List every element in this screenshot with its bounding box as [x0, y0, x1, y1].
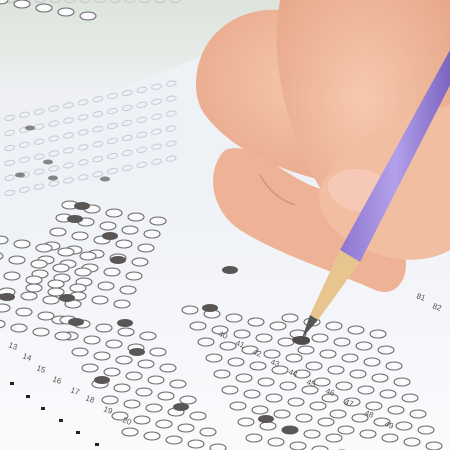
answer-sheet-photo: 13 14 15 16 17 18 19 20 40 41 42 43 44 4…: [0, 0, 450, 450]
pencil-mark: [292, 336, 310, 344]
photo-illustration: 13 14 15 16 17 18 19 20 40 41 42 43 44 4…: [0, 0, 450, 450]
